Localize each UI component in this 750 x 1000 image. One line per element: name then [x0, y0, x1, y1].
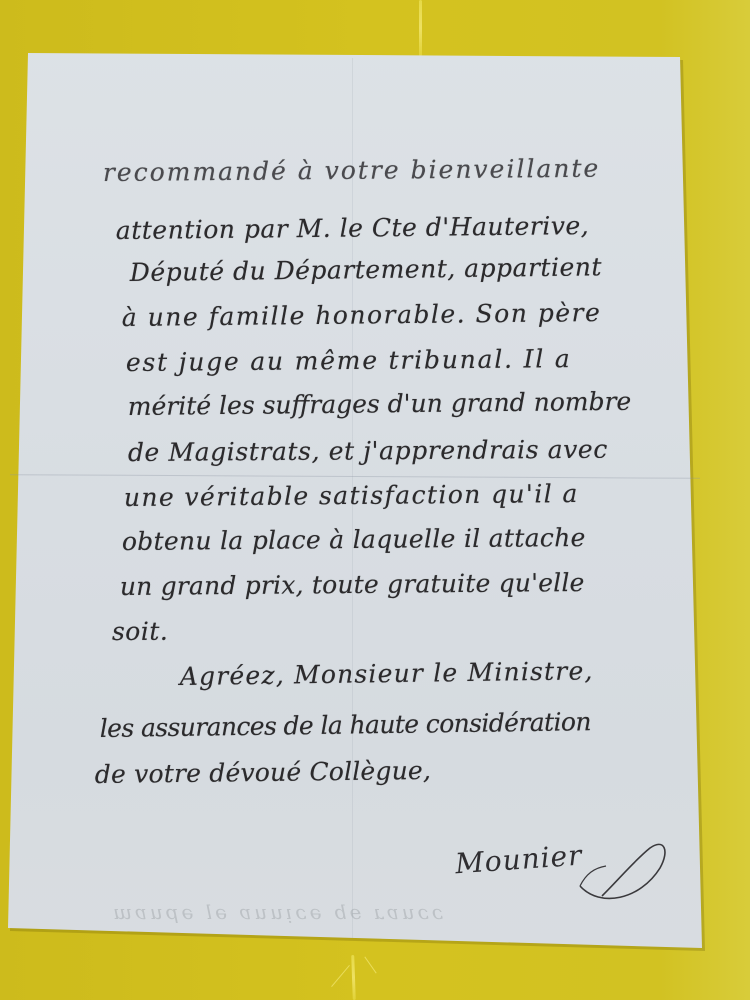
letter-line-10: un grand prix, toute gratuite qu'elle [120, 568, 585, 601]
letter-line-13: les assurances de la haute considération [100, 707, 591, 743]
handwritten-letter: recommandé à votre bienveillante attenti… [0, 0, 750, 1000]
letter-line-1: recommandé à votre bienveillante [103, 154, 601, 187]
letter-line-6: mérité les suffrages d'un grand nombre [128, 387, 632, 421]
signature-flourish-icon [560, 838, 680, 908]
bleed-through-text: ɔɔuɐɹ ɘb ǝɔᴉuuɐ ǝl ǝpuɐɯ [110, 900, 443, 924]
letter-line-4: à une famille honorable. Son père [122, 298, 602, 332]
letter-line-5: est juge au même tribunal. Il a [126, 344, 572, 377]
letter-line-3: Député du Département, appartient [130, 252, 602, 287]
letter-line-2: attention par M. le Cte d'Hauterive, [116, 211, 590, 245]
letter-line-8: une véritable satisfaction qu'il a [124, 479, 579, 512]
letter-line-9: obtenu la place à laquelle il attache [122, 523, 586, 556]
letter-line-14: de votre dévoué Collègue, [95, 756, 432, 789]
letter-line-12-closing: Agréez, Monsieur le Ministre, [180, 656, 594, 691]
letter-line-7: de Magistrats, et j'apprendrais avec [128, 435, 608, 467]
letter-line-11: soit. [112, 617, 169, 646]
